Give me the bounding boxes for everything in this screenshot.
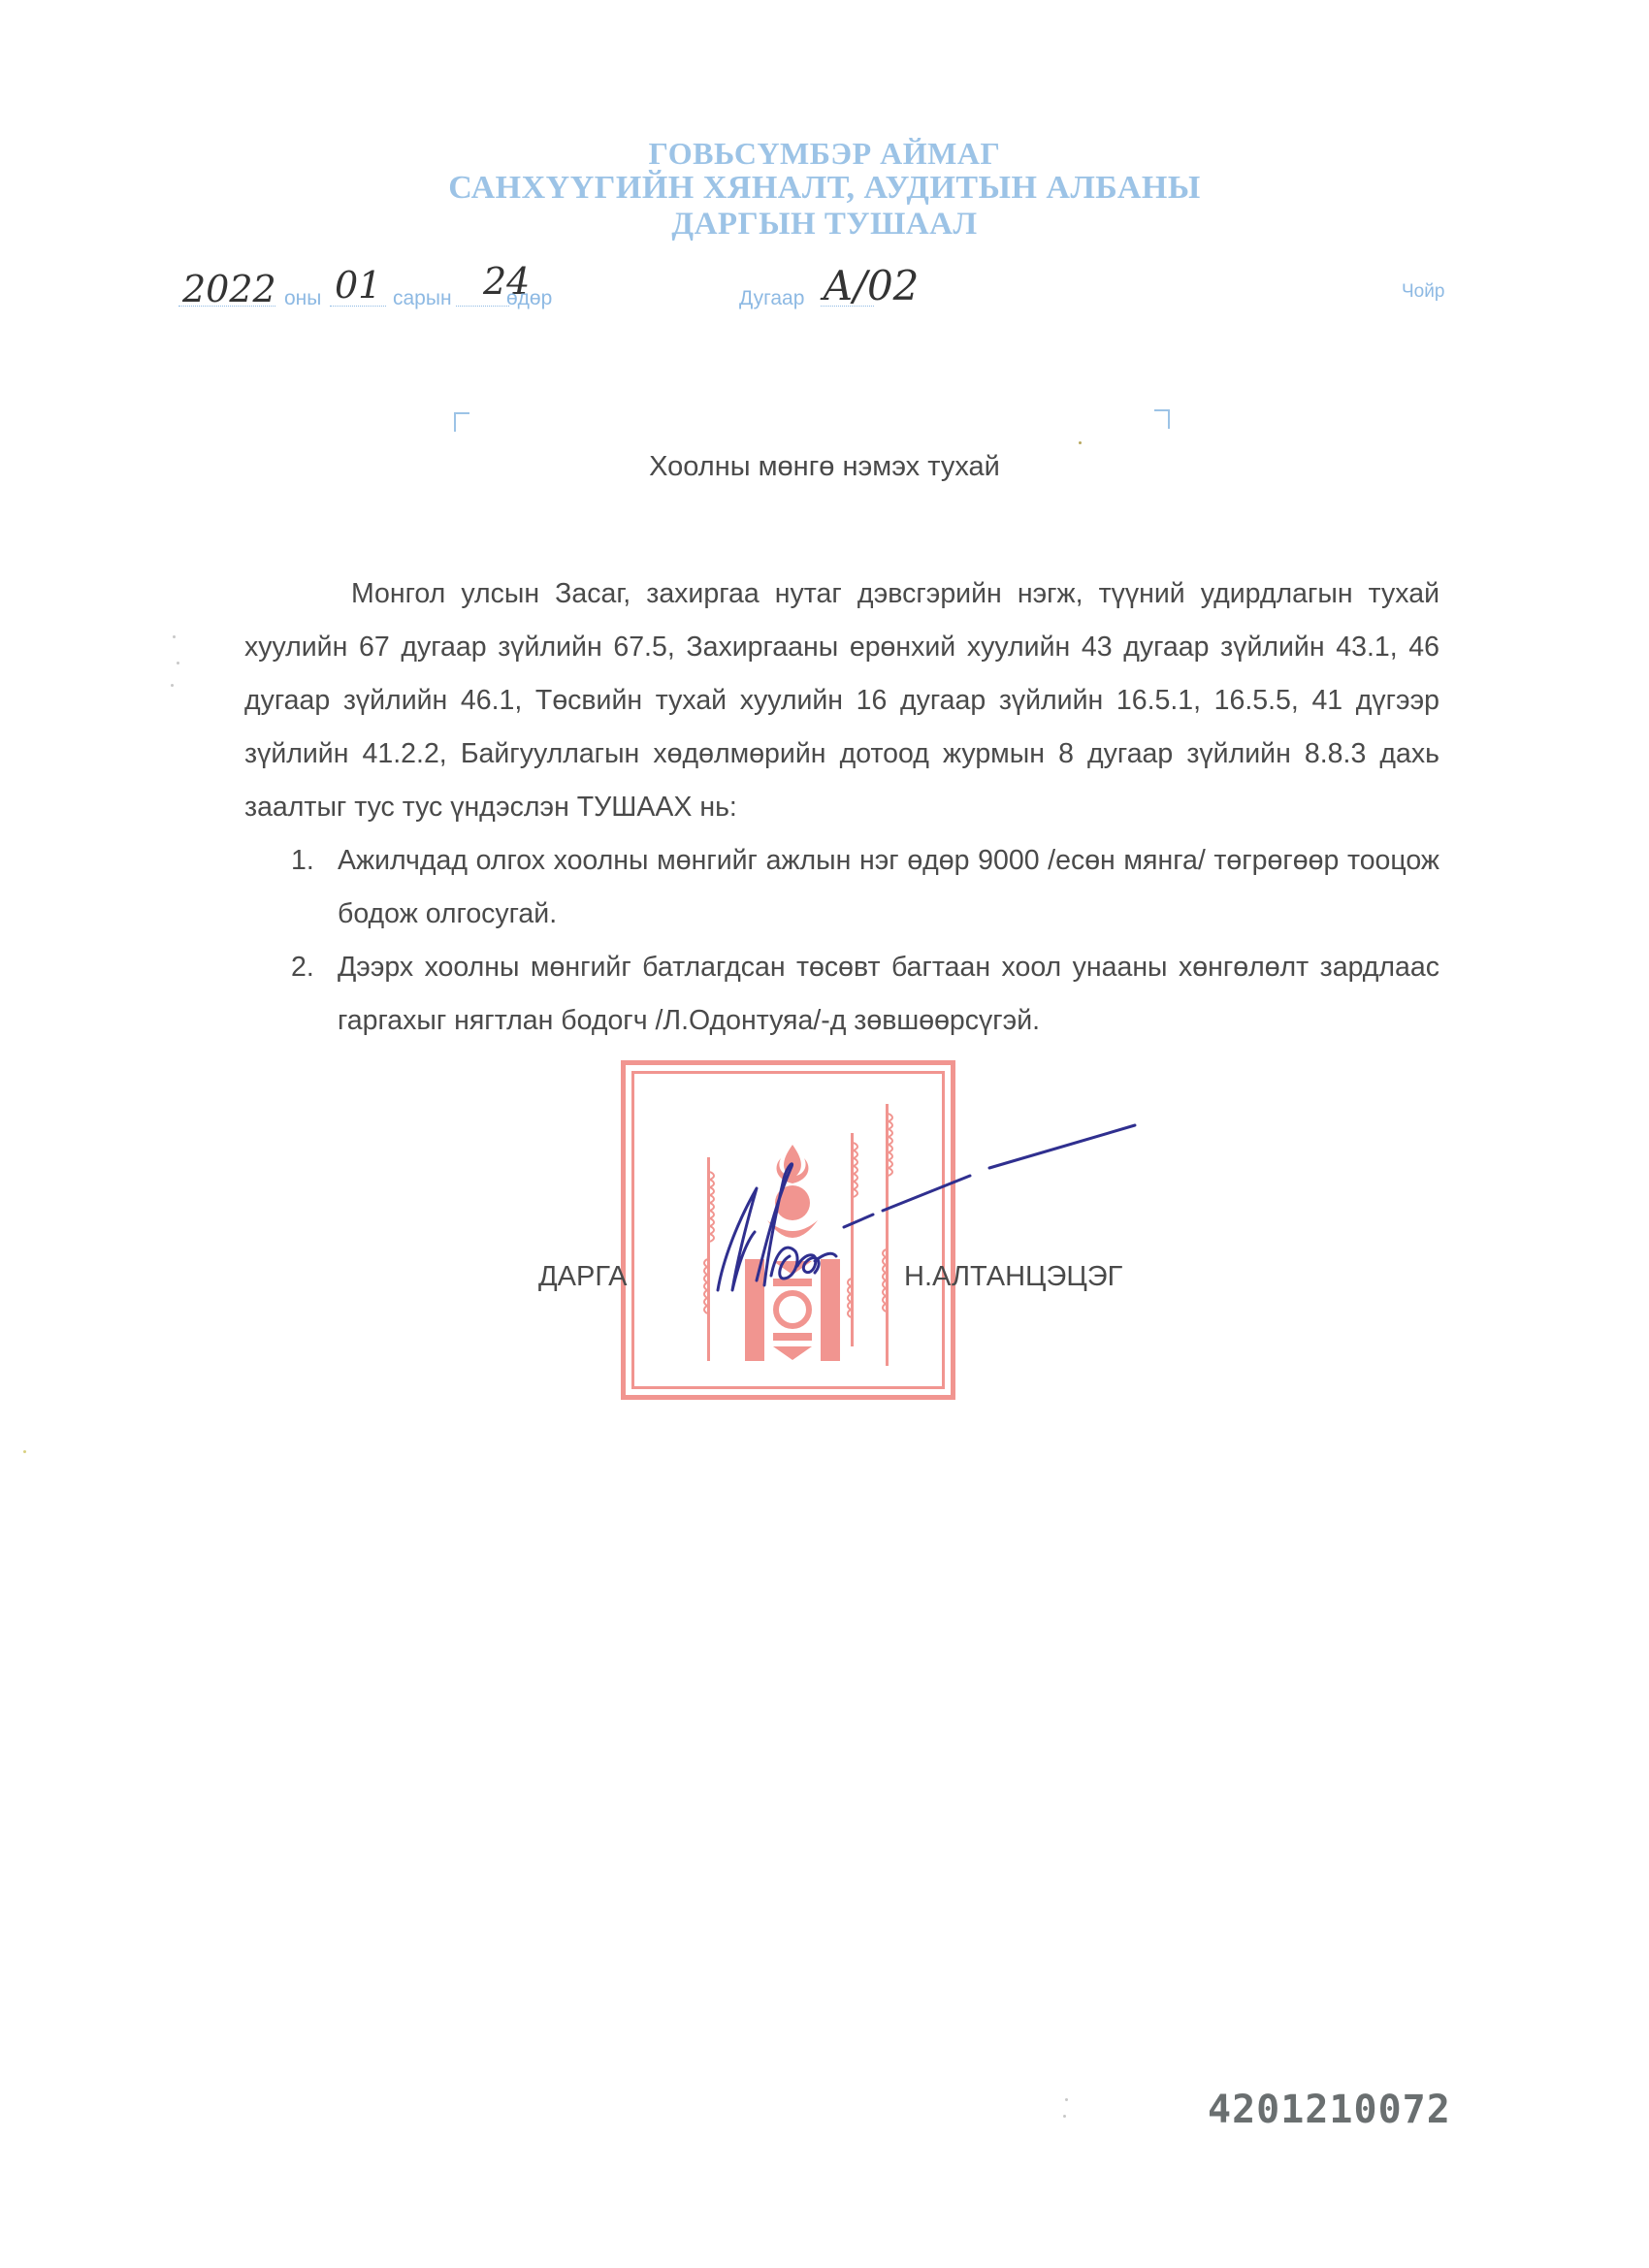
document-title: Хоолны мөнгө нэмэх тухай <box>0 451 1649 483</box>
order-item-text: Дээрх хоолны мөнгийг батлагдсан төсөвт б… <box>338 952 1439 1036</box>
preamble-text: Монгол улсын Засаг, захиргаа нутаг дэвсг… <box>244 578 1439 823</box>
handwritten-month: 01 <box>335 264 381 307</box>
serial-number: 4201210072 <box>1208 2088 1451 2132</box>
scan-speck <box>177 662 179 664</box>
number-label: Дугаар <box>739 287 804 310</box>
order-item-text: Ажилчдад олгох хоолны мөнгийг ажлын нэг … <box>338 845 1439 929</box>
handwritten-year: 2022 <box>182 268 276 310</box>
signatory-role: ДАРГА <box>538 1261 627 1293</box>
day-underline <box>456 306 509 307</box>
date-number-line: 2022 оны 01 сарын 24 өдөр Дугаар А/02 Чо… <box>0 274 1649 322</box>
document-type-heading: ДАРГЫН ТУШААЛ <box>0 207 1649 243</box>
org-header-line-2: САНХҮҮГИЙН ХЯНАЛТ, АУДИТЫН АЛБАНЫ <box>0 170 1649 207</box>
preamble-paragraph: Монгол улсын Засаг, захиргаа нутаг дэвсг… <box>244 567 1439 834</box>
scan-speck <box>1065 2098 1068 2101</box>
order-item-number: 2. <box>291 941 314 994</box>
order-item-number: 1. <box>291 834 314 888</box>
order-list: 1. Ажилчдад олгох хоолны мөнгийг ажлын н… <box>291 834 1439 1048</box>
scan-speck <box>173 635 176 638</box>
handwritten-number: А/02 <box>823 262 919 309</box>
order-item: 2. Дээрх хоолны мөнгийг батлагдсан төсөв… <box>291 941 1439 1048</box>
title-corner-mark-left <box>454 412 469 432</box>
place-label: Чойр <box>1402 281 1444 303</box>
month-label: сарын <box>393 287 452 310</box>
scan-speck <box>171 684 174 687</box>
scan-speck <box>23 1450 26 1453</box>
order-item: 1. Ажилчдад олгох хоолны мөнгийг ажлын н… <box>291 834 1439 941</box>
org-header-line-1: ГОВЬСҮМБЭР АЙМАГ <box>0 136 1649 172</box>
handwritten-signature <box>679 1106 1145 1319</box>
scan-speck <box>1063 2115 1066 2118</box>
year-label: оны <box>284 287 321 310</box>
scan-speck <box>1079 441 1082 444</box>
title-corner-mark-right <box>1154 409 1170 429</box>
day-label: өдөр <box>506 287 552 310</box>
